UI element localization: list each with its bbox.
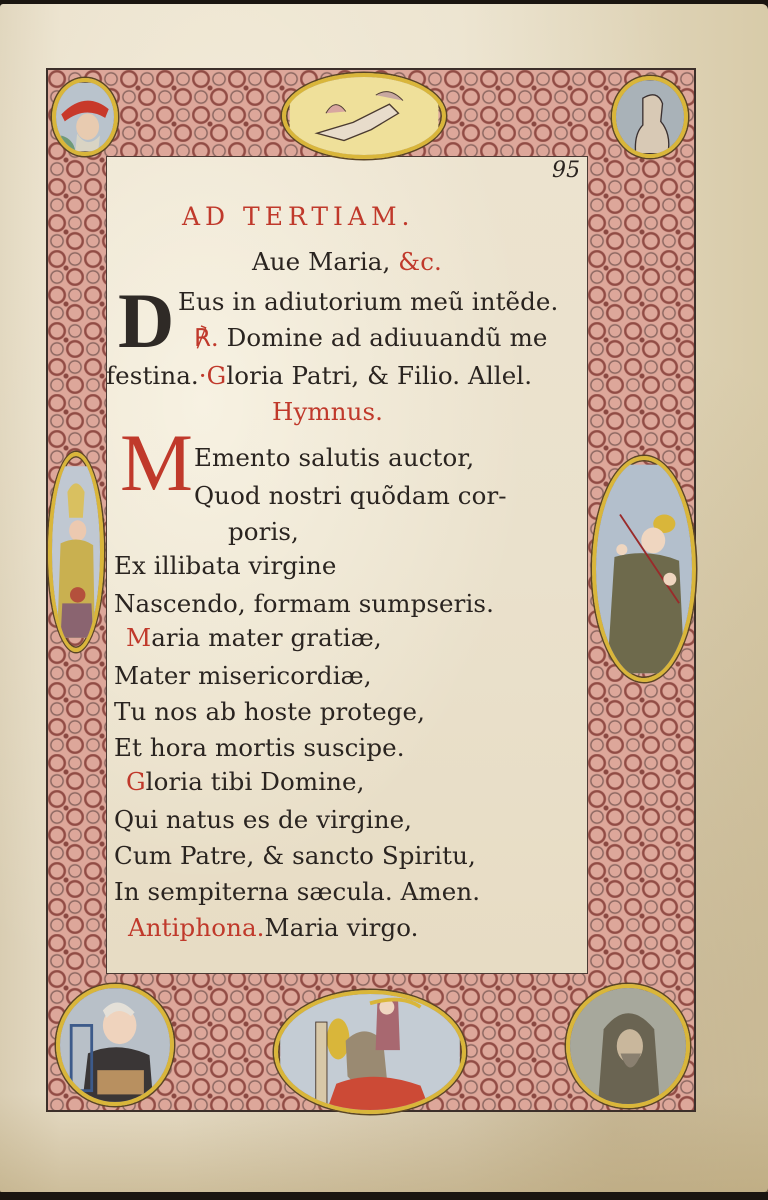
antiphon-label: Antiphona. xyxy=(128,913,265,942)
stanza2-line-2: Mater misericordiæ, xyxy=(114,664,372,689)
stanza2-initial: M xyxy=(126,623,151,652)
gloria-text: loria Patri, & Filio. Allel. xyxy=(226,361,532,390)
hymn-line-1: Emento salutis auctor, xyxy=(194,446,474,471)
gloria-initial: ·G xyxy=(199,361,227,390)
stanza3-initial: G xyxy=(126,767,146,796)
hymn-line-2: Quod nostri quõdam cor- xyxy=(194,484,507,509)
stanza3-line-3: Cum Patre, & sancto Spiritu, xyxy=(114,844,476,869)
stanza3-line-2: Qui natus es de virgine, xyxy=(114,808,412,833)
hymn-line-3: poris, xyxy=(228,520,299,545)
stanza2-line-4: Et hora mortis suscipe. xyxy=(114,736,405,761)
office-title: AD TERTIAM. xyxy=(182,204,415,229)
medallion-horseman-icon xyxy=(282,73,446,159)
initial-M: M xyxy=(120,422,193,504)
hymn-heading: Hymnus. xyxy=(272,400,383,425)
hymn-line-5: Nascendo, formam sumpseris. xyxy=(114,592,494,617)
response-mark: ℟. xyxy=(194,323,219,352)
medallion-hermit-icon xyxy=(566,984,690,1108)
versicle-line-3: festina.·Gloria Patri, & Filio. Allel. xyxy=(106,364,532,389)
stanza3-text-1: loria tibi Domine, xyxy=(146,767,365,796)
medallion-bishop-icon xyxy=(48,452,104,652)
stanza2-line-3: Tu nos ab hoste protege, xyxy=(114,700,425,725)
stanza2-line-1: Maria mater gratiæ, xyxy=(126,626,382,651)
initial-D: D xyxy=(118,282,174,360)
page-text: 95 AD TERTIAM. Aue Maria, &c. D Eus in a… xyxy=(106,156,588,974)
antiphon-line: Antiphona.Maria virgo. xyxy=(128,916,419,941)
medallion-christopher-icon xyxy=(274,990,466,1114)
stanza3-line-1: Gloria tibi Domine, xyxy=(126,770,365,795)
medallion-profile-icon xyxy=(612,76,688,158)
antiphon-text: Maria virgo. xyxy=(265,913,419,942)
versicle-line-1: Eus in adiutorium meũ intẽde. xyxy=(178,290,558,315)
versicle-line-2: ℟. Domine ad adiuuandũ me xyxy=(194,326,548,351)
medallion-saint-gridiron-icon xyxy=(56,984,174,1106)
medallion-cardinal-icon xyxy=(52,78,118,156)
medallion-friar-icon xyxy=(592,456,696,682)
response-text: Domine ad adiuuandũ me xyxy=(227,323,548,352)
opening-line: Aue Maria, &c. xyxy=(252,250,442,275)
book-page: 95 AD TERTIAM. Aue Maria, &c. D Eus in a… xyxy=(0,4,768,1192)
hymn-line-4: Ex illibata virgine xyxy=(114,554,336,579)
stanza3-line-4: In sempiterna sæcula. Amen. xyxy=(114,880,480,905)
folio-number: 95 xyxy=(552,160,580,182)
opening-text: Aue Maria, xyxy=(252,247,390,276)
opening-etc: &c. xyxy=(398,247,442,276)
stanza2-text-1: aria mater gratiæ, xyxy=(151,623,382,652)
festina-text: festina. xyxy=(106,361,199,390)
